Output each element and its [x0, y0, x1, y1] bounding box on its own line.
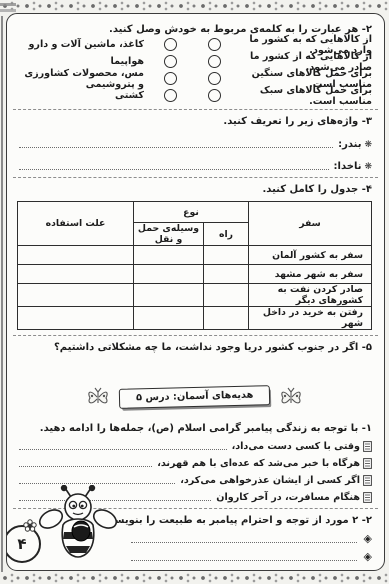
empty-cell [18, 265, 134, 284]
table-row: صادر کردن نفت به کشورهای دیگر [18, 284, 372, 307]
decorative-border-top [0, 0, 389, 12]
banner-title: هدیه‌های آسمان: درس ۵ [119, 385, 271, 409]
term-label: بندر: [338, 139, 361, 150]
flower-asterisk-icon: ❋ [364, 162, 372, 172]
page-number: ۴ [17, 535, 26, 553]
connect-circle-right [196, 38, 232, 51]
trip-cell: رفتن به خرید در داخل شهر [249, 307, 372, 330]
connect-circle-right [196, 89, 232, 102]
sentence-start: وقتی با کسی دست می‌داد، [232, 441, 360, 452]
sentence-row: وقتی با کسی دست می‌داد، [17, 435, 372, 452]
circle-icon [164, 55, 177, 68]
butterfly-icon [279, 386, 303, 408]
circle-icon [208, 38, 221, 51]
trip-table: سفر نوع علت استفاده راه وسیله‌ی حمل و نق… [17, 201, 372, 330]
worksheet-frame: ۲- هر عبارت را به کلمه‌ی مربوط به خودش و… [6, 13, 385, 571]
empty-cell [204, 265, 249, 284]
empty-cell [133, 284, 203, 307]
connect-circle-left [144, 55, 196, 68]
bee-mascot-illustration [37, 485, 119, 559]
connect-circle-right [196, 55, 232, 68]
section-divider [13, 109, 378, 110]
answer-dotted-line [19, 136, 333, 148]
definition-row: ❋ ناخدا: [17, 150, 372, 172]
trip-cell: سفر به کشور آلمان [249, 246, 372, 265]
lesson-banner: هدیه‌های آسمان: درس ۵ [17, 386, 372, 408]
answer-row: ◈ [129, 545, 372, 563]
trip-cell: سفر به شهر مشهد [249, 265, 372, 284]
sentence-start: اگر کسی از ایشان عذرخواهی می‌کرد، [180, 475, 360, 486]
match-word: کاغذ، ماشین آلات و دارو [17, 39, 144, 50]
note-page-icon [363, 441, 372, 452]
sentence-start: هنگام مسافرت، در آخر کاروان [216, 492, 360, 503]
page-number-badge: ۴ [6, 525, 41, 563]
section-divider [13, 177, 378, 178]
col-header-vehicle: وسیله‌ی حمل و نقل [133, 223, 203, 246]
answer-dotted-line [19, 455, 152, 467]
table-row: سفر به شهر مشهد [18, 265, 372, 284]
circle-icon [164, 72, 177, 85]
match-word: هواپیما [17, 56, 144, 67]
match-row: برای حمل کالاهای سبک مناسب است. کشتی [17, 87, 372, 104]
empty-cell [133, 307, 203, 330]
empty-cell [133, 265, 203, 284]
empty-cell [18, 307, 134, 330]
scan-edge-line [1, 16, 3, 574]
s1-title: ۱- با توجه به زندگی پیامبر گرامی اسلام (… [17, 422, 372, 435]
connect-circle-left [144, 72, 196, 85]
empty-cell [204, 284, 249, 307]
empty-cell [18, 284, 134, 307]
empty-cell [204, 307, 249, 330]
table-row: سفر به کشور آلمان [18, 246, 372, 265]
answer-blank-space [17, 354, 372, 384]
answer-dotted-line [19, 158, 329, 170]
flower-asterisk-icon: ❋ [364, 140, 372, 150]
col-header-trip: سفر [249, 202, 372, 246]
answer-dotted-line [19, 472, 175, 484]
q3-title: ۳- واژه‌های زیر را تعریف کنید. [17, 115, 372, 128]
circle-icon [164, 38, 177, 51]
col-header-type: نوع [133, 202, 248, 223]
answer-dotted-line [131, 531, 357, 543]
match-word: کشتی [17, 90, 144, 101]
term-label: ناخدا: [334, 161, 362, 172]
worksheet-page: ۲- هر عبارت را به کلمه‌ی مربوط به خودش و… [0, 0, 389, 584]
diamond-bullet-icon: ◈ [364, 550, 372, 563]
diamond-bullet-icon: ◈ [364, 532, 372, 545]
q4-title: ۴- جدول را کامل کنید. [17, 183, 372, 196]
match-word: مس، محصولات کشاورزی و پتروشیمی [17, 68, 144, 90]
answer-row: ◈ [129, 527, 372, 545]
connect-circle-left [144, 89, 196, 102]
butterfly-icon [86, 386, 110, 408]
note-page-icon [363, 492, 372, 503]
circle-icon [164, 89, 177, 102]
answer-dotted-line [19, 438, 227, 450]
note-page-icon [363, 458, 372, 469]
flower-icon [23, 519, 37, 533]
sentence-row: اگر کسی از ایشان عذرخواهی می‌کرد، [17, 469, 372, 486]
connect-circle-right [196, 72, 232, 85]
sentence-start: هرگاه با خبر می‌شد که عده‌ای با هم قهرند… [157, 458, 360, 469]
decorative-border-bottom [0, 572, 389, 584]
col-header-way: راه [204, 223, 249, 246]
match-phrase: برای حمل کالاهای سبک مناسب است. [232, 85, 372, 107]
empty-cell [18, 246, 134, 265]
empty-cell [133, 246, 203, 265]
col-header-reason: علت استفاده [18, 202, 134, 246]
definition-row: ❋ بندر: [17, 128, 372, 150]
section-divider [13, 335, 378, 336]
table-row: رفتن به خرید در داخل شهر [18, 307, 372, 330]
q5-title: ۵- اگر در جنوب کشور دریا وجود نداشت، ما … [17, 341, 372, 354]
circle-icon [208, 55, 221, 68]
connect-circle-left [144, 38, 196, 51]
sentence-row: هرگاه با خبر می‌شد که عده‌ای با هم قهرند… [17, 452, 372, 469]
empty-cell [204, 246, 249, 265]
answer-dotted-line [131, 549, 357, 561]
circle-icon [208, 72, 221, 85]
note-page-icon [363, 475, 372, 486]
trip-cell: صادر کردن نفت به کشورهای دیگر [249, 284, 372, 307]
circle-icon [208, 89, 221, 102]
